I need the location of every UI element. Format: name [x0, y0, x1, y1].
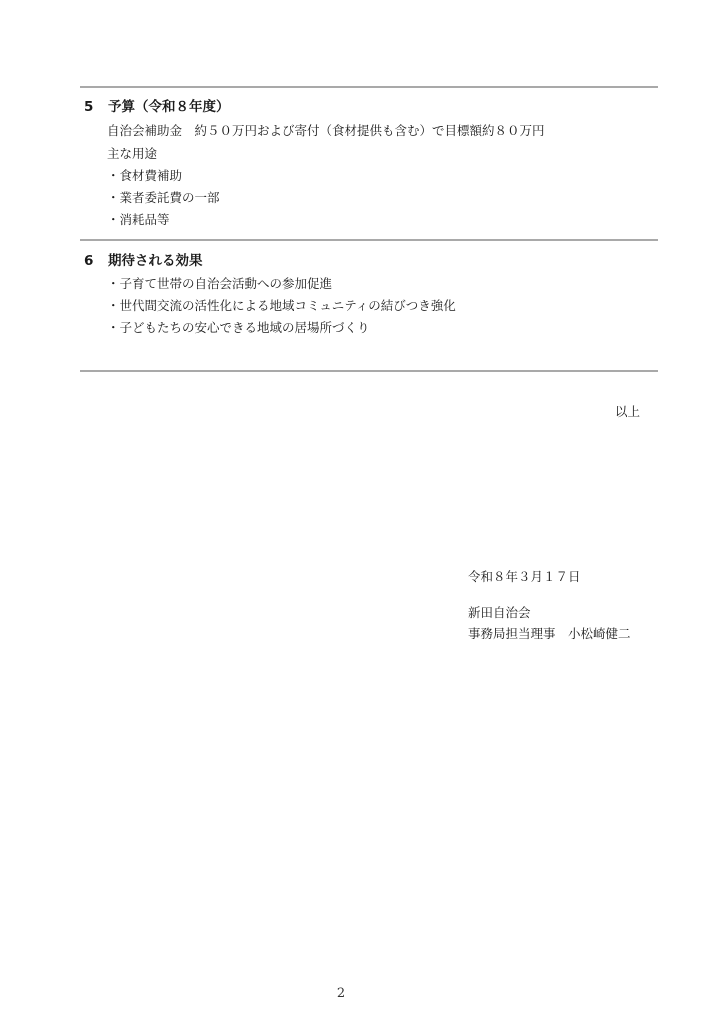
section-divider-top: [80, 86, 658, 88]
budget-summary-line: 自治会補助金 約５０万円および寄付（食材提供も含む）で目標額約８０万円: [107, 122, 545, 140]
expected-effect-item: ・子どもたちの安心できる地域の居場所づくり: [107, 319, 370, 337]
expected-effect-item: ・世代間交流の活性化による地域コミュニティの結びつき強化: [107, 297, 456, 315]
section-6-heading: 6期待される効果: [84, 252, 203, 270]
document-date: 令和８年３月１７日: [468, 568, 581, 586]
expected-effect-item: ・子育て世帯の自治会活動への参加促進: [107, 275, 332, 293]
author-name: 事務局担当理事 小松崎健二: [468, 625, 631, 643]
closing-remark: 以上: [615, 403, 640, 421]
section-6-title: 期待される効果: [108, 253, 203, 269]
section-5-heading: 5予算（令和８年度）: [84, 98, 230, 116]
section-5-number: 5: [84, 98, 108, 116]
section-divider-bottom: [80, 370, 658, 372]
main-uses-label: 主な用途: [107, 145, 157, 163]
budget-use-item: ・食材費補助: [107, 167, 182, 185]
section-divider: [80, 239, 658, 241]
page-number: 2: [0, 986, 682, 1001]
section-5-title: 予算（令和８年度）: [108, 99, 230, 115]
organization-name: 新田自治会: [468, 604, 531, 622]
section-6-number: 6: [84, 252, 108, 270]
budget-use-item: ・消耗品等: [107, 211, 170, 229]
budget-use-item: ・業者委託費の一部: [107, 189, 220, 207]
